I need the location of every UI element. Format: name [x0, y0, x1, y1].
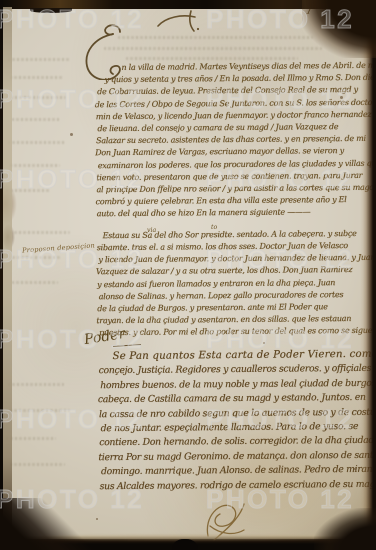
manuscript-line: puestas. y claro. Por mi el dho poder su…	[99, 325, 368, 339]
worn-corner-bottom-right	[314, 508, 376, 550]
manuscript-paragraph-opening: n la villa de madrid. Martes Veyntiseys …	[95, 60, 368, 221]
manuscript-paragraph-poder: Se Pan quantos Esta carta de Poder Viere…	[98, 348, 367, 494]
margin-note-proposicion: Proposon deposiçion	[22, 241, 95, 254]
invocation-cross-icon	[150, 8, 210, 36]
binding-notch	[172, 539, 198, 550]
page-edge-right	[360, 0, 376, 550]
manuscript-photo: 1 n la villa de madrid. Martes Veyntisey…	[0, 0, 376, 550]
worn-corner-bottom-left	[0, 498, 96, 550]
handwriting-layer: 1 n la villa de madrid. Martes Veyntisey…	[0, 0, 376, 550]
manuscript-line: sus Alcaldes mayores. rodrigo de camelo …	[100, 477, 368, 494]
manuscript-line: auto. del qual dho se hizo En la manera …	[97, 206, 369, 221]
manuscript-paragraph-session: Estaua su Sa del dho Sor presidte. senta…	[97, 228, 368, 340]
worn-corner-top-right	[302, 0, 376, 58]
margin-note-flourish	[113, 344, 141, 347]
binding-edge-top	[30, 8, 72, 13]
page-edge-left	[3, 7, 12, 536]
